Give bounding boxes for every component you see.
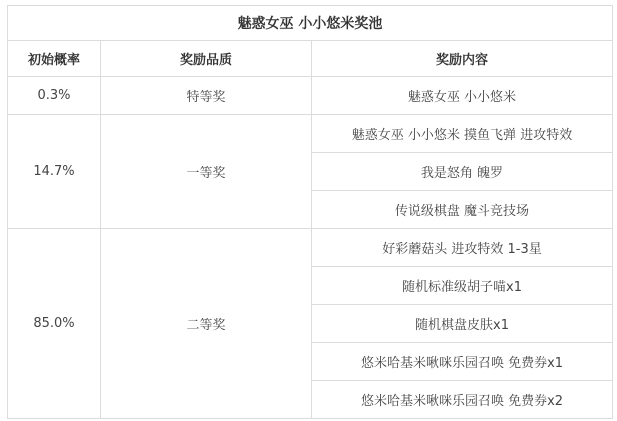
content-cell: 我是怒角 魄罗 <box>312 153 613 191</box>
table-title: 魅惑女巫 小小悠米奖池 <box>8 6 613 41</box>
quality-cell: 二等奖 <box>101 229 312 419</box>
reward-pool-table: 魅惑女巫 小小悠米奖池 初始概率 奖励品质 奖励内容 0.3% 特等奖 魅惑女巫… <box>7 5 613 419</box>
table-row: 14.7% 一等奖 魅惑女巫 小小悠米 摸鱼飞弹 进攻特效 <box>8 115 613 153</box>
content-cell: 随机标准级胡子喵x1 <box>312 267 613 305</box>
title-row: 魅惑女巫 小小悠米奖池 <box>8 6 613 41</box>
header-quality: 奖励品质 <box>101 41 312 77</box>
content-cell: 好彩蘑菇头 进攻特效 1-3星 <box>312 229 613 267</box>
quality-cell: 一等奖 <box>101 115 312 229</box>
content-cell: 魅惑女巫 小小悠米 摸鱼飞弹 进攻特效 <box>312 115 613 153</box>
probability-cell: 14.7% <box>8 115 101 229</box>
table-row: 0.3% 特等奖 魅惑女巫 小小悠米 <box>8 77 613 115</box>
content-cell: 悠米哈基米啾咪乐园召唤 免费券x2 <box>312 381 613 419</box>
probability-cell: 0.3% <box>8 77 101 115</box>
header-probability: 初始概率 <box>8 41 101 77</box>
content-cell: 传说级棋盘 魔斗竞技场 <box>312 191 613 229</box>
content-cell: 随机棋盘皮肤x1 <box>312 305 613 343</box>
header-row: 初始概率 奖励品质 奖励内容 <box>8 41 613 77</box>
header-content: 奖励内容 <box>312 41 613 77</box>
probability-cell: 85.0% <box>8 229 101 419</box>
quality-cell: 特等奖 <box>101 77 312 115</box>
table-row: 85.0% 二等奖 好彩蘑菇头 进攻特效 1-3星 <box>8 229 613 267</box>
content-cell: 悠米哈基米啾咪乐园召唤 免费券x1 <box>312 343 613 381</box>
content-cell: 魅惑女巫 小小悠米 <box>312 77 613 115</box>
